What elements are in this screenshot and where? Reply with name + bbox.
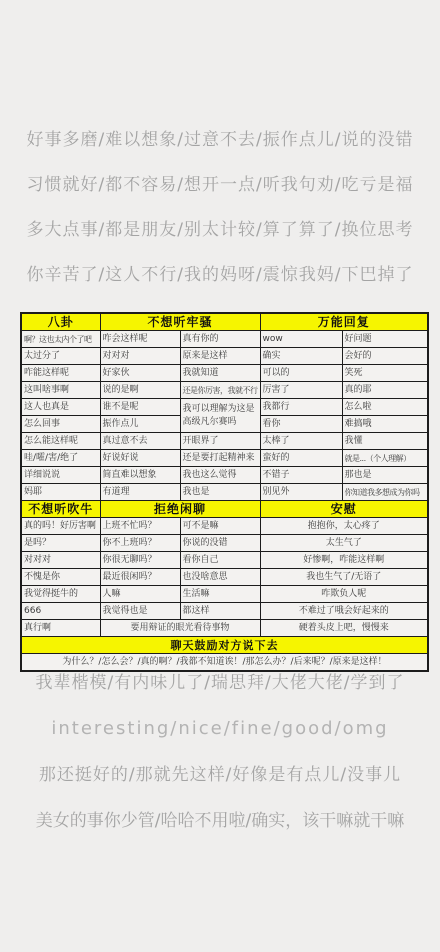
phrase-cell: 可以的 <box>260 365 342 382</box>
phrase-cell: 太棒了 <box>260 433 342 450</box>
phrase-cell: 真行啊 <box>21 620 100 637</box>
phrase-cell: 厉害了 <box>260 382 342 399</box>
phrase-row: 真行啊 要用辩证的眼光看待事物 硬着头皮上吧，慢慢来 <box>21 620 428 637</box>
phrase-cell: 就是...（个人理解） <box>342 450 428 467</box>
phrase-cell: 啊？这也太内个了吧 <box>21 331 100 348</box>
phrase-cell: 对对对 <box>100 348 180 365</box>
section1-header-row: 八卦 不想听牢骚 万能回复 <box>21 313 428 331</box>
top-phrase-block: 好事多磨/难以想象/过意不去/振作点儿/说的没错 习惯就好/都不容易/想开一点/… <box>0 118 440 298</box>
phrase-cell: 也没啥意思 <box>180 569 260 586</box>
phrase-cell: 真过意不去 <box>100 433 180 450</box>
phrase-row: 我觉得挺牛的 人嘛 生活嘛 咋欺负人呢 <box>21 586 428 603</box>
phrase-row: 对对对 你很无聊吗？ 看你自己 好惨啊，咋能这样啊 <box>21 552 428 569</box>
phrase-line: 好事多磨/难以想象/过意不去/振作点儿/说的没错 <box>0 118 440 163</box>
bottom-phrase-block: 我辈楷模/有内味儿了/瑞思拜/大佬大佬/学到了 interesting/nice… <box>0 660 440 844</box>
phrase-line: 你辛苦了/这人不行/我的妈呀/震惊我妈/下巴掉了 <box>0 253 440 298</box>
header-comfort: 安慰 <box>260 501 428 518</box>
phrase-cell: 不愧是你 <box>21 569 100 586</box>
phrase-cell: 人嘛 <box>100 586 180 603</box>
phrase-cell: 看你 <box>260 416 342 433</box>
phrase-cell: 哇/嚯/害/绝了 <box>21 450 100 467</box>
phrase-cell: 真的吗！好厉害啊 <box>21 518 100 535</box>
phrase-cell: 你知道我多想成为你吗 <box>342 484 428 501</box>
phrase-cell: 真的耶 <box>342 382 428 399</box>
phrase-cell: 还是你厉害，我就不行 <box>180 382 260 399</box>
phrase-cell: 怎么啦 <box>342 399 428 416</box>
phrase-line: 习惯就好/都不容易/想开一点/听我句劝/吃亏是福 <box>0 163 440 208</box>
phrase-cell: 会好的 <box>342 348 428 365</box>
phrase-cell: 说的是啊 <box>100 382 180 399</box>
phrase-row: 不愧是你 最近很闲吗？ 也没啥意思 我也生气了/无语了 <box>21 569 428 586</box>
phrase-cell: wow <box>260 331 342 348</box>
header-no-bragging: 不想听吹牛 <box>21 501 100 518</box>
phrase-cell: 我可以理解为这是高级凡尔赛吗 <box>180 399 260 433</box>
phrase-row: 妈耶 有道理 我也是 别见外 你知道我多想成为你吗 <box>21 484 428 501</box>
phrase-cell: 要用辩证的眼光看待事物 <box>100 620 260 637</box>
phrase-row: 这人也真是 谁不是呢 我可以理解为这是高级凡尔赛吗 我都行 怎么啦 <box>21 399 428 416</box>
header-no-complaints: 不想听牢骚 <box>100 313 260 331</box>
phrase-cell: 对对对 <box>21 552 100 569</box>
header-gossip: 八卦 <box>21 313 100 331</box>
phrase-cell: 那也是 <box>342 467 428 484</box>
phrase-cell: 你说的没错 <box>180 535 260 552</box>
phrase-cell: 好问题 <box>342 331 428 348</box>
encourage-band-label: 聊天鼓励对方说下去 <box>21 637 428 654</box>
phrase-cell: 好说好说 <box>100 450 180 467</box>
header-refuse-smalltalk: 拒绝闲聊 <box>100 501 260 518</box>
phrase-cell: 抱抱你，太心疼了 <box>260 518 428 535</box>
phrase-cell: 生活嘛 <box>180 586 260 603</box>
phrase-row: 这叫啥事啊 说的是啊 还是你厉害，我就不行 厉害了 真的耶 <box>21 382 428 399</box>
phrase-row: 咋能这样呢 好家伙 我就知道 可以的 笑死 <box>21 365 428 382</box>
encourage-band-row: 聊天鼓励对方说下去 <box>21 637 428 654</box>
phrase-cell: 太过分了 <box>21 348 100 365</box>
phrase-cell: 可不是嘛 <box>180 518 260 535</box>
phrase-cell: 是吗？ <box>21 535 100 552</box>
phrase-cell: 我也生气了/无语了 <box>260 569 428 586</box>
phrase-cell: 好家伙 <box>100 365 180 382</box>
phrase-cell: 还是要打起精神来 <box>180 450 260 467</box>
phrase-cell: 最近很闲吗？ <box>100 569 180 586</box>
phrase-cell: 我懂 <box>342 433 428 450</box>
phrase-cell: 我觉得挺牛的 <box>21 586 100 603</box>
phrase-cell: 怎么能这样呢 <box>21 433 100 450</box>
phrase-cell: 看你自己 <box>180 552 260 569</box>
phrase-cell: 我也这么觉得 <box>180 467 260 484</box>
phrase-cell: 上班不忙吗？ <box>100 518 180 535</box>
phrase-row: 啊？这也太内个了吧 咋会这样呢 真有你的 wow 好问题 <box>21 331 428 348</box>
phrase-cell: 蛮好的 <box>260 450 342 467</box>
phrase-cell: 有道理 <box>100 484 180 501</box>
phrase-cell: 咋欺负人呢 <box>260 586 428 603</box>
phrase-line: 美女的事你少管/哈哈不用啦/确实，该干嘛就干嘛 <box>0 798 440 844</box>
phrase-cell: 666 <box>21 603 100 620</box>
phrase-row: 怎么能这样呢 真过意不去 开眼界了 太棒了 我懂 <box>21 433 428 450</box>
phrase-cell: 咋会这样呢 <box>100 331 180 348</box>
phrase-cell: 笑死 <box>342 365 428 382</box>
header-universal-reply: 万能回复 <box>260 313 428 331</box>
phrase-cell: 原来是这样 <box>180 348 260 365</box>
phrase-cell: 不错子 <box>260 467 342 484</box>
phrase-cell: 不难过了哦会好起来的 <box>260 603 428 620</box>
phrase-row: 哇/嚯/害/绝了 好说好说 还是要打起精神来 蛮好的 就是...（个人理解） <box>21 450 428 467</box>
section2-header-row: 不想听吹牛 拒绝闲聊 安慰 <box>21 501 428 518</box>
phrase-cell: 详细说说 <box>21 467 100 484</box>
phrase-line: 我辈楷模/有内味儿了/瑞思拜/大佬大佬/学到了 <box>0 660 440 706</box>
phrase-cell: 我就知道 <box>180 365 260 382</box>
phrase-cell: 太生气了 <box>260 535 428 552</box>
phrase-cell: 谁不是呢 <box>100 399 180 416</box>
phrase-cell: 我觉得也是 <box>100 603 180 620</box>
phrase-cell: 怎么回事 <box>21 416 100 433</box>
phrase-cell: 我都行 <box>260 399 342 416</box>
phrase-cell: 硬着头皮上吧，慢慢来 <box>260 620 428 637</box>
phrase-cell: 确实 <box>260 348 342 365</box>
phrase-cell: 我也是 <box>180 484 260 501</box>
phrase-cell: 这叫啥事啊 <box>21 382 100 399</box>
phrase-cell: 咋能这样呢 <box>21 365 100 382</box>
phrase-cell: 你很无聊吗？ <box>100 552 180 569</box>
phrase-row: 是吗？ 你不上班吗？ 你说的没错 太生气了 <box>21 535 428 552</box>
phrase-cell: 简直难以想象 <box>100 467 180 484</box>
phrase-cell: 别见外 <box>260 484 342 501</box>
phrase-cell: 都这样 <box>180 603 260 620</box>
phrase-cell: 难搞哦 <box>342 416 428 433</box>
phrase-cell: 你不上班吗？ <box>100 535 180 552</box>
phrase-cell: 真有你的 <box>180 331 260 348</box>
phrase-line: 那还挺好的/那就先这样/好像是有点儿/没事儿 <box>0 752 440 798</box>
phrase-row: 666 我觉得也是 都这样 不难过了哦会好起来的 <box>21 603 428 620</box>
phrase-row: 详细说说 简直难以想象 我也这么觉得 不错子 那也是 <box>21 467 428 484</box>
phrase-cell: 振作点儿 <box>100 416 180 433</box>
phrase-cell: 妈耶 <box>21 484 100 501</box>
phrase-line: 多大点事/都是朋友/别太计较/算了算了/换位思考 <box>0 208 440 253</box>
phrase-cell: 好惨啊，咋能这样啊 <box>260 552 428 569</box>
phrase-row: 太过分了 对对对 原来是这样 确实 会好的 <box>21 348 428 365</box>
phrase-cell: 开眼界了 <box>180 433 260 450</box>
phrase-cell: 这人也真是 <box>21 399 100 416</box>
reply-cheatsheet-table: 八卦 不想听牢骚 万能回复 啊？这也太内个了吧 咋会这样呢 真有你的 wow 好… <box>20 312 429 672</box>
phrase-row: 真的吗！好厉害啊 上班不忙吗？ 可不是嘛 抱抱你，太心疼了 <box>21 518 428 535</box>
phrase-line-english: interesting/nice/fine/good/omg <box>0 706 440 752</box>
